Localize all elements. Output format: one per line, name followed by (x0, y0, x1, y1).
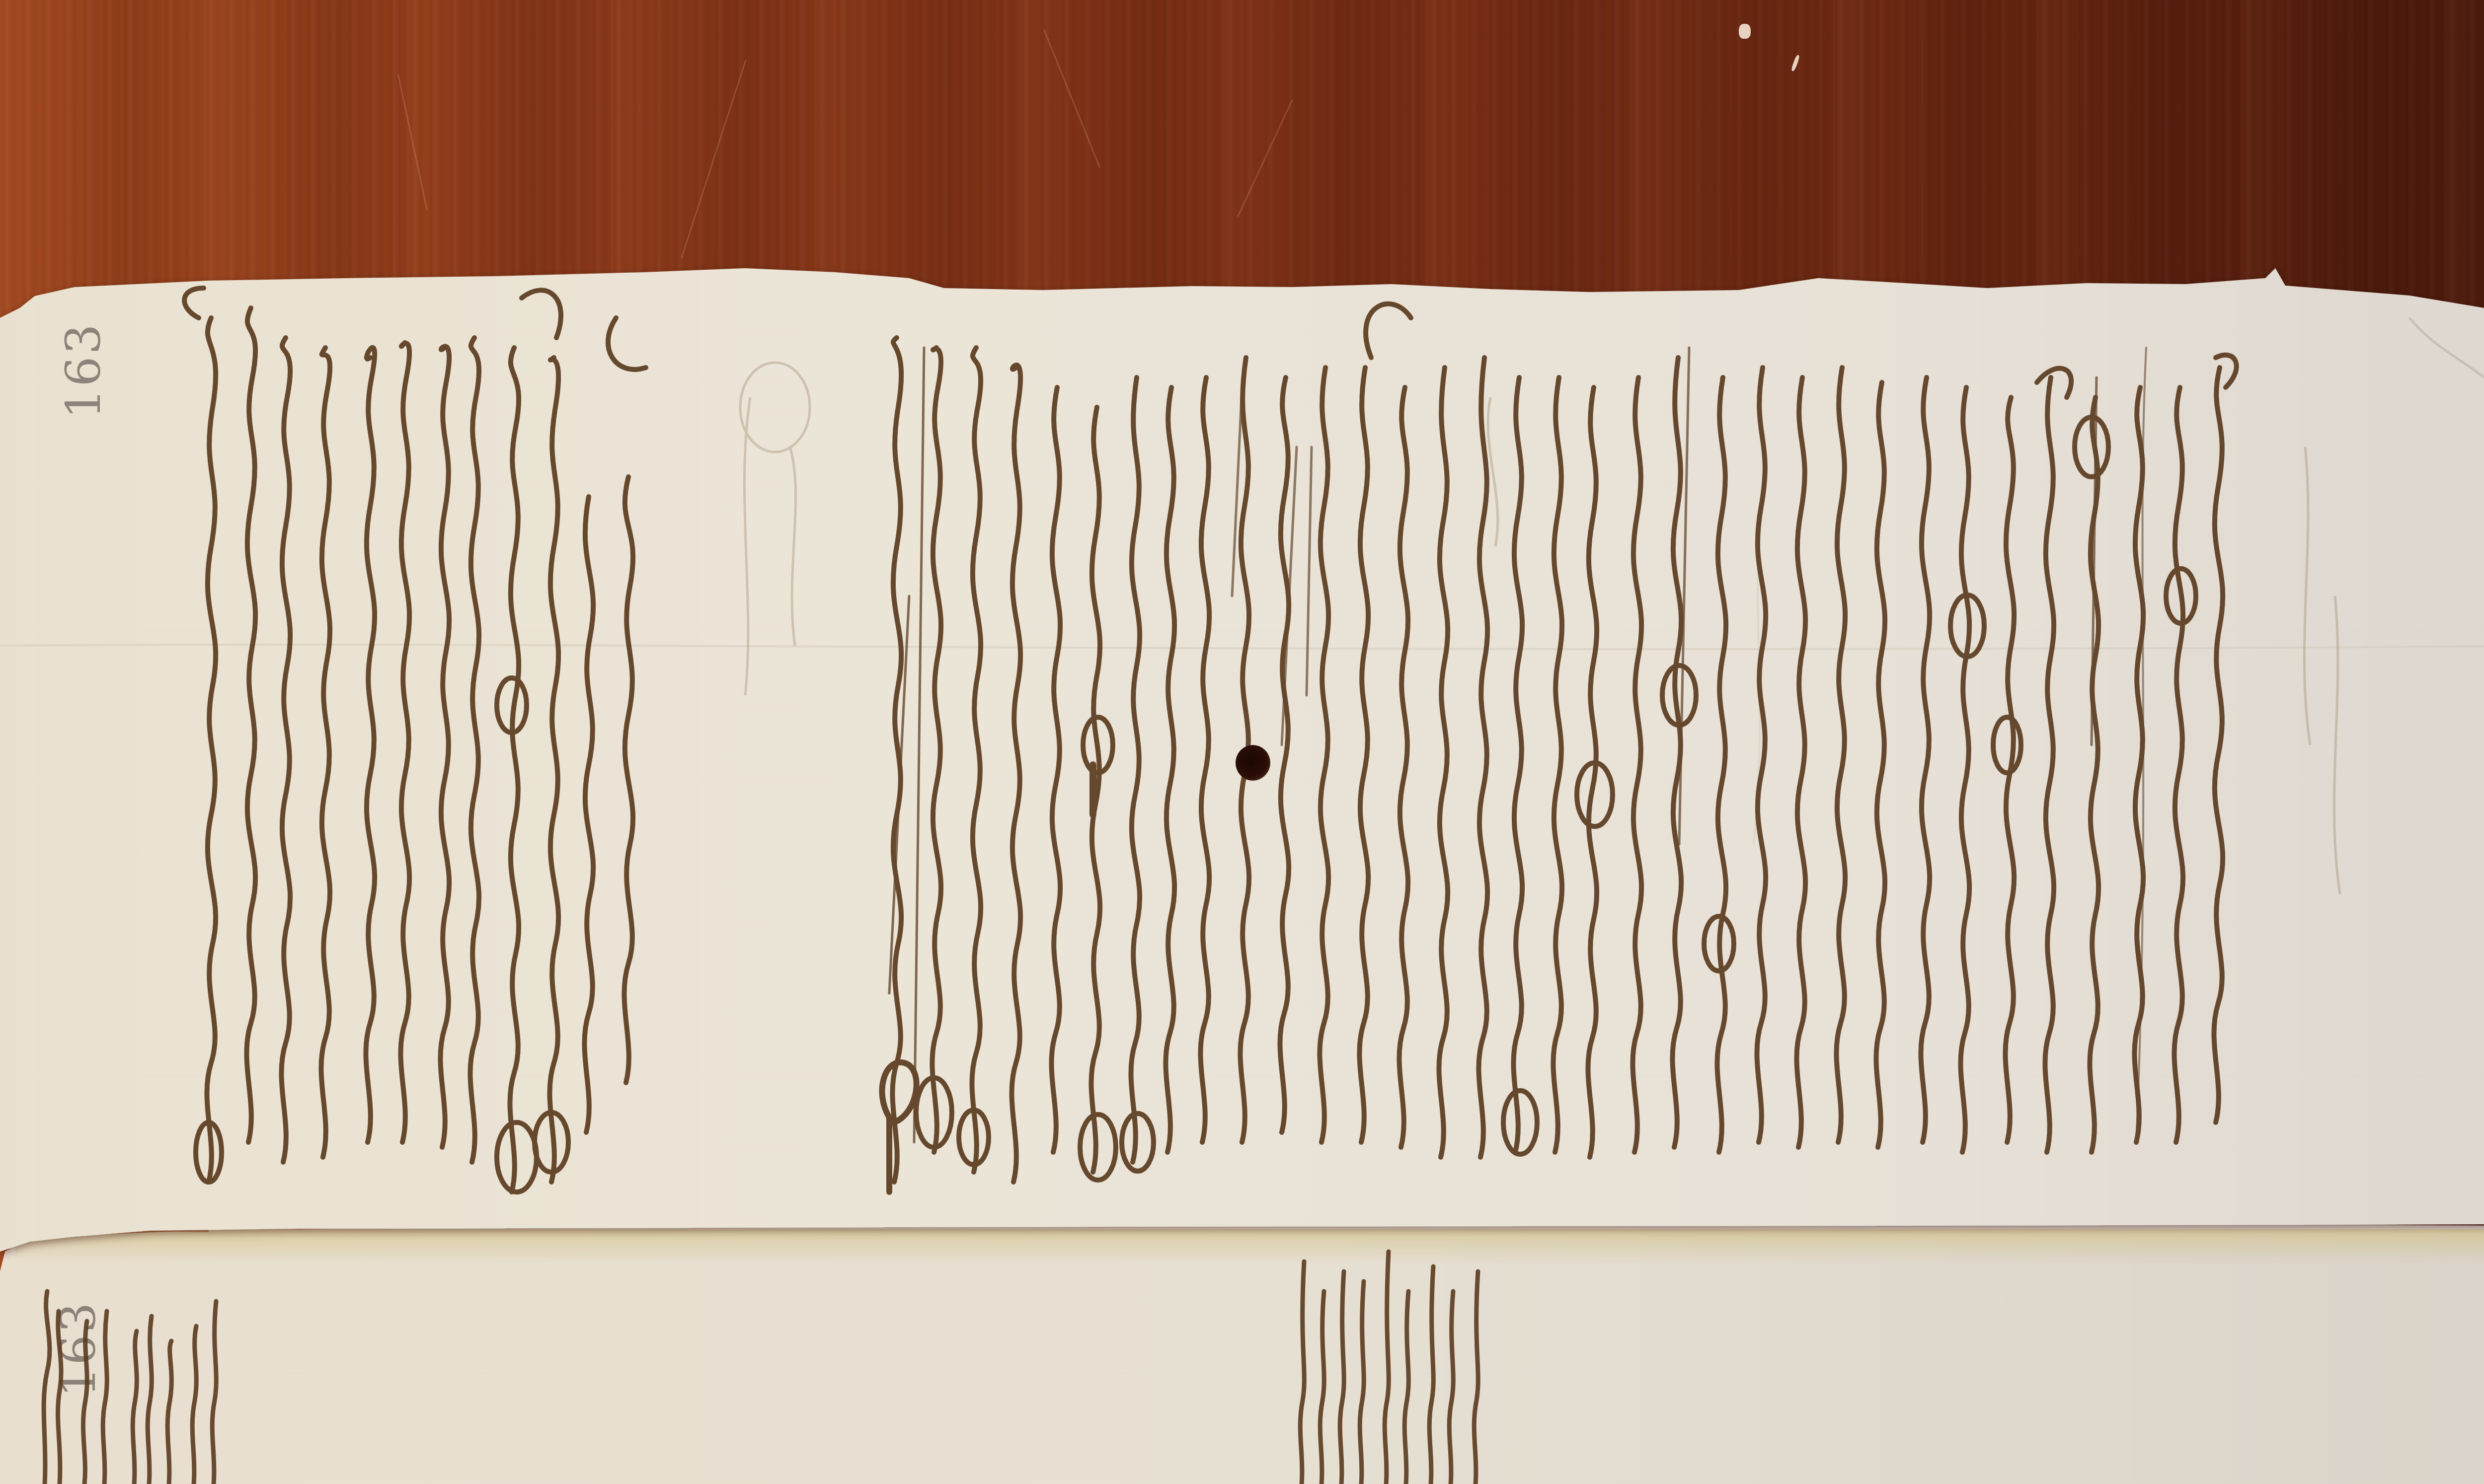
manuscript-photo: 163 (0, 0, 2484, 1484)
paragraph-2 (882, 304, 1488, 1192)
top-sheet: 163 (0, 0, 2484, 1484)
wormhole (1236, 745, 1270, 781)
paragraph-1 (184, 288, 646, 1192)
top-sheet-handwriting (0, 0, 2484, 1484)
paragraph-3 (1503, 348, 2237, 1157)
